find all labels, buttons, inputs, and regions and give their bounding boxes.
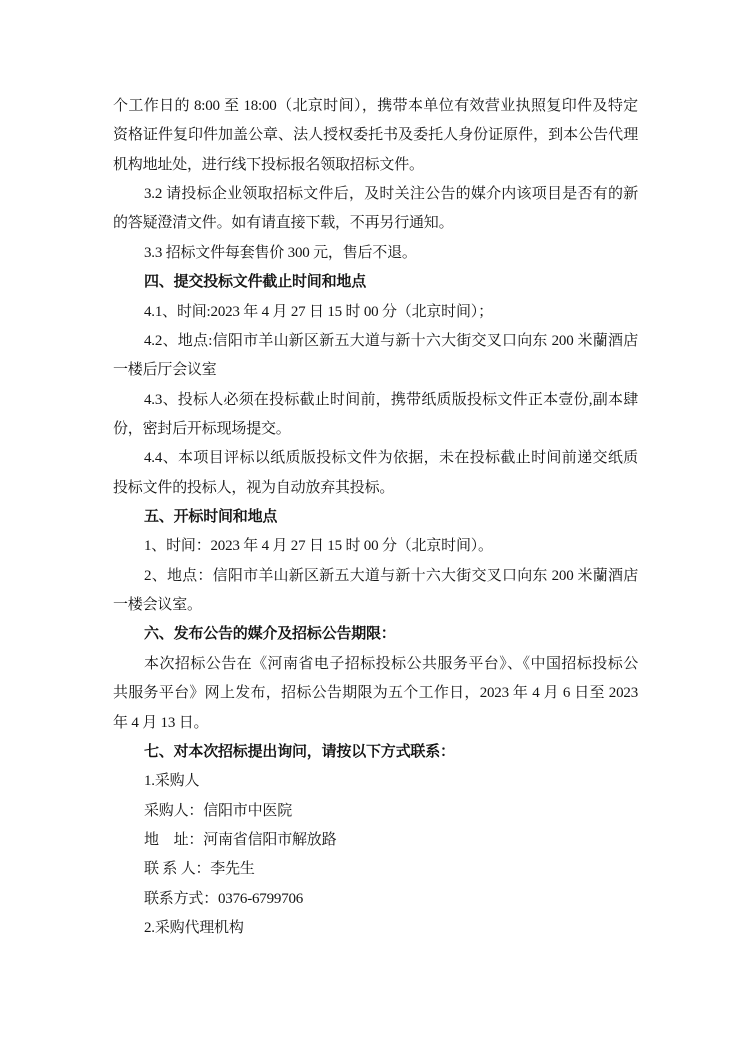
doc-text-line: 2、地点：信阳市羊山新区新五大道与新十六大街交叉口向东 200 米蘭酒店: [113, 562, 638, 591]
doc-text-line: 地 址：河南省信阳市解放路: [113, 826, 638, 855]
doc-text-line: 机构地址处，进行线下投标报名领取招标文件。: [113, 151, 638, 180]
document-page: 个工作日的 8:00 至 18:00（北京时间），携带本单位有效营业执照复印件及…: [0, 0, 750, 1060]
doc-text-line: 资格证件复印件加盖公章、法人授权委托书及委托人身份证原件，到本公告代理: [113, 121, 638, 150]
doc-text-line: 4.4、本项目评标以纸质版投标文件为依据，未在投标截止时间前递交纸质: [113, 444, 638, 473]
doc-text-line: 投标文件的投标人，视为自动放弃其投标。: [113, 474, 638, 503]
doc-text-line: 联系方式：0376-6799706: [113, 885, 638, 914]
doc-text-line: 2.采购代理机构: [113, 914, 638, 943]
doc-text-line: 1、时间：2023 年 4 月 27 日 15 时 00 分（北京时间）。: [113, 532, 638, 561]
doc-text-line: 4.2、地点:信阳市羊山新区新五大道与新十六大街交叉口向东 200 米蘭酒店: [113, 327, 638, 356]
doc-text-line: 采购人：信阳市中医院: [113, 797, 638, 826]
doc-text-line: 联 系 人：李先生: [113, 855, 638, 884]
doc-text-line: 本次招标公告在《河南省电子招标投标公共服务平台》、《中国招标投标公: [113, 650, 638, 679]
section-heading-line: 五、开标时间和地点: [113, 503, 638, 532]
doc-text-line: 份，密封后开标现场提交。: [113, 415, 638, 444]
doc-text-line: 一楼会议室。: [113, 591, 638, 620]
doc-text-line: 3.2 请投标企业领取招标文件后，及时关注公告的媒介内该项目是否有的新: [113, 180, 638, 209]
doc-text-line: 年 4 月 13 日。: [113, 709, 638, 738]
doc-text-line: 4.3、投标人必须在投标截止时间前，携带纸质版投标文件正本壹份,副本肆: [113, 386, 638, 415]
doc-text-line: 一楼后厅会议室: [113, 356, 638, 385]
section-heading-line: 六、发布公告的媒介及招标公告期限：: [113, 620, 638, 649]
doc-text-line: 共服务平台》网上发布，招标公告期限为五个工作日，2023 年 4 月 6 日至 …: [113, 679, 638, 708]
doc-text-line: 1.采购人: [113, 767, 638, 796]
doc-text-line: 个工作日的 8:00 至 18:00（北京时间），携带本单位有效营业执照复印件及…: [113, 92, 638, 121]
section-heading-line: 四、提交投标文件截止时间和地点: [113, 268, 638, 297]
doc-text-line: 的答疑澄清文件。如有请直接下载，不再另行通知。: [113, 209, 638, 238]
document-text-body: 个工作日的 8:00 至 18:00（北京时间），携带本单位有效营业执照复印件及…: [113, 92, 638, 943]
doc-text-line: 3.3 招标文件每套售价 300 元，售后不退。: [113, 239, 638, 268]
doc-text-line: 4.1、时间:2023 年 4 月 27 日 15 时 00 分（北京时间）；: [113, 298, 638, 327]
section-heading-line: 七、对本次招标提出询问，请按以下方式联系：: [113, 738, 638, 767]
